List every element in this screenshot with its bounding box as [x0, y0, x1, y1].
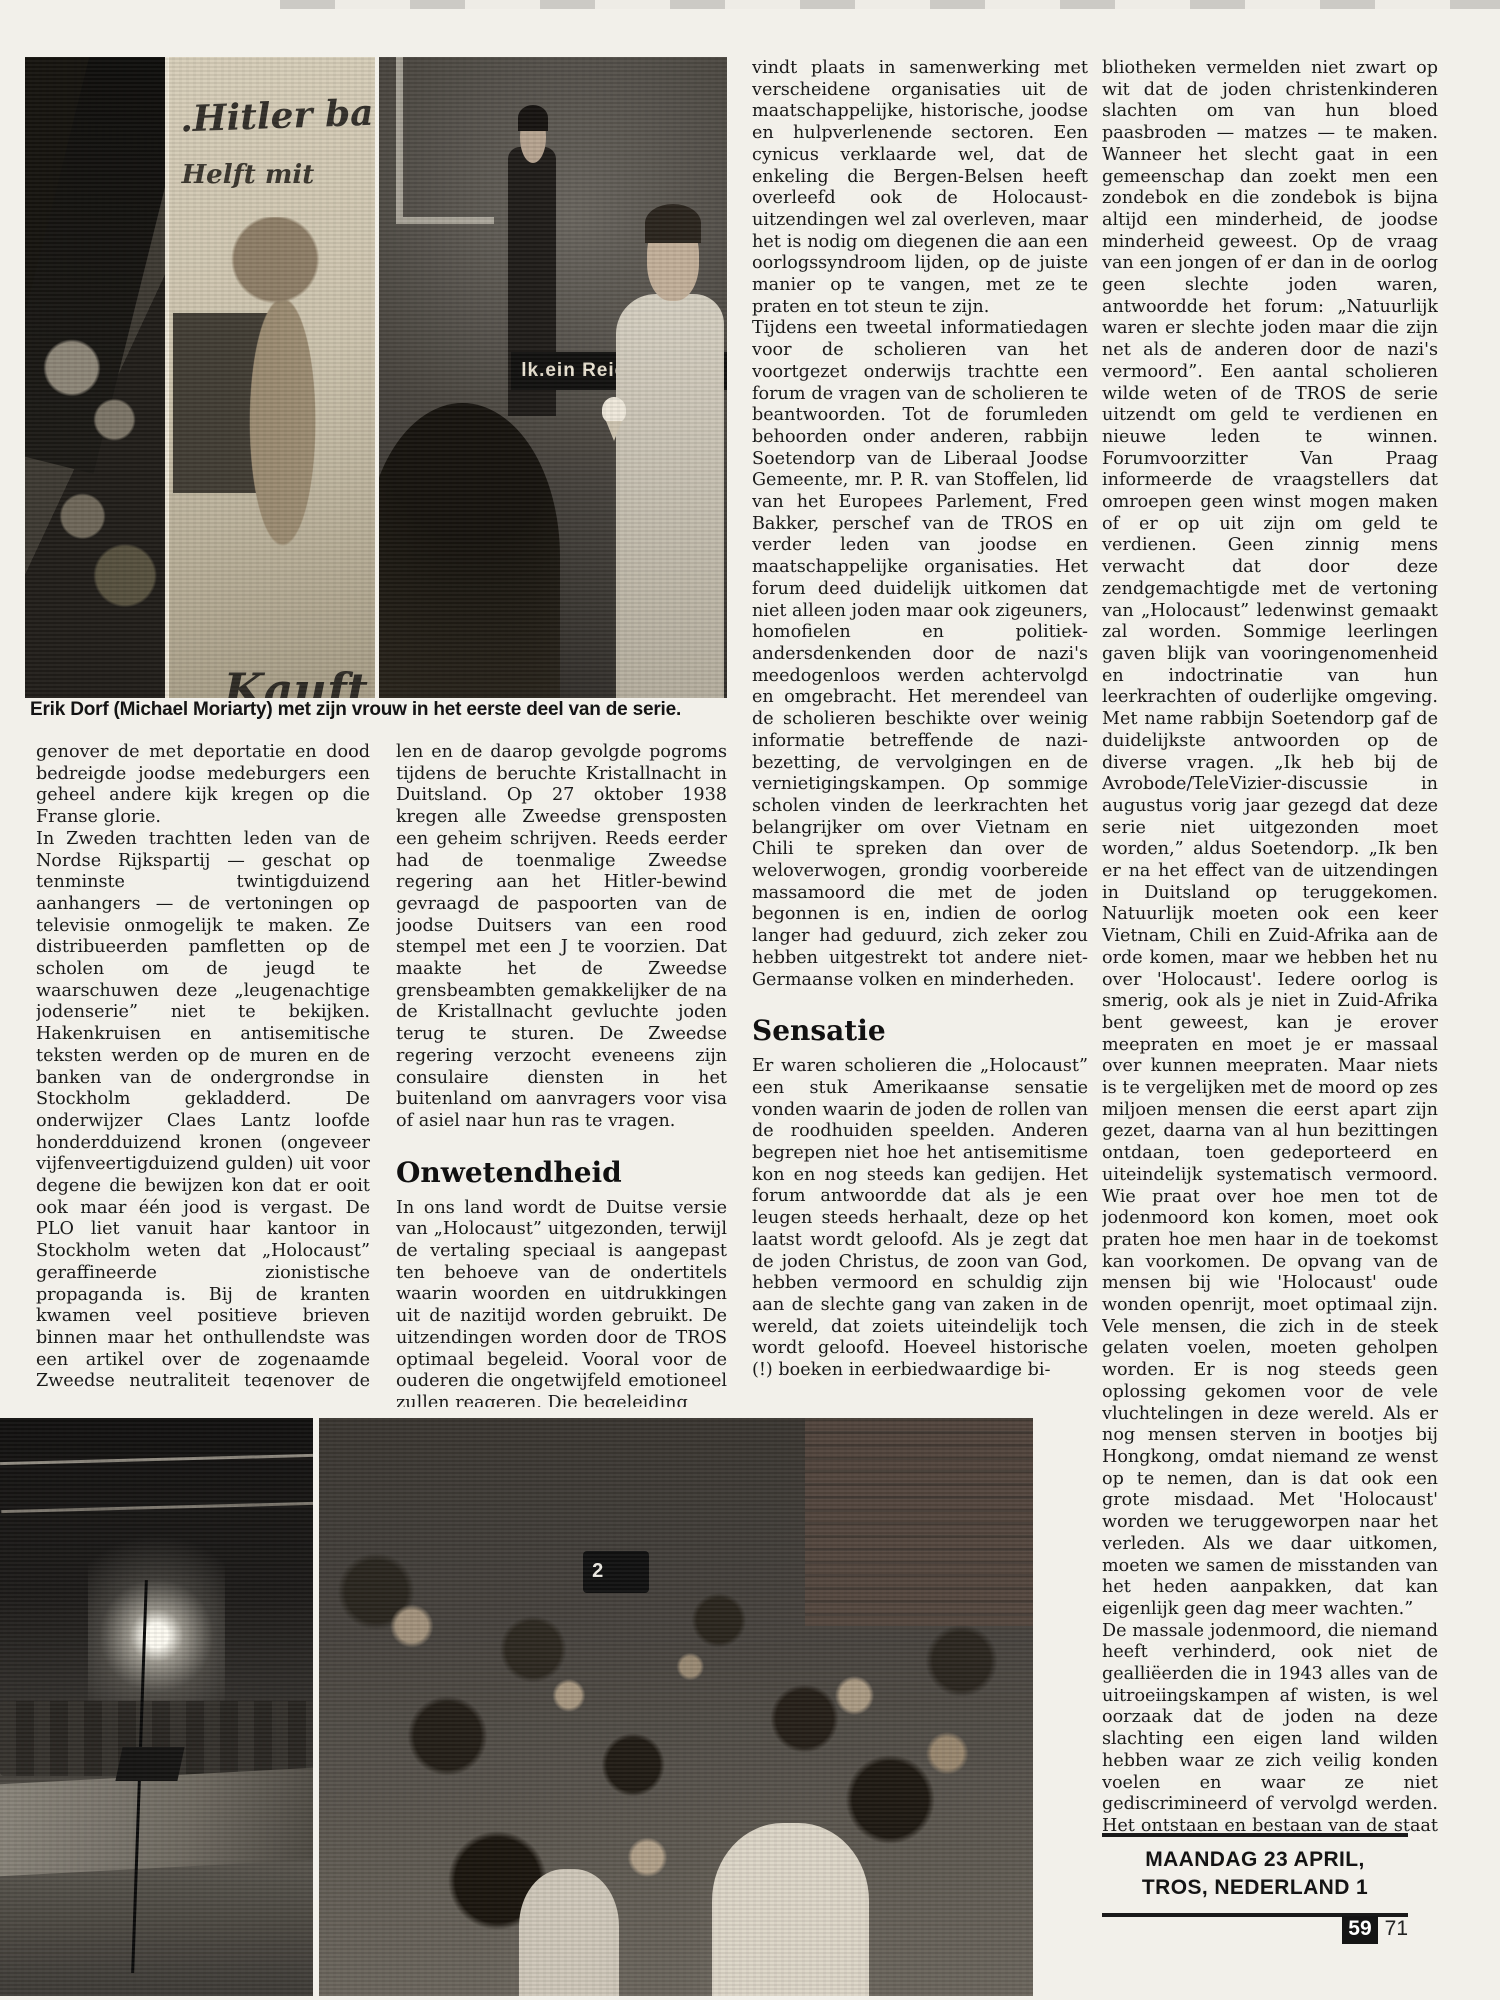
photo-audience-crowd: 2 — [319, 1418, 1033, 1996]
body-paragraph: De massale jodenmoord, die niemand heeft… — [1102, 1621, 1438, 1838]
photo-caption: Erik Dorf (Michael Moriarty) met zijn vr… — [30, 699, 745, 721]
light-shirt-figure — [519, 1869, 619, 1996]
camera-channel-label: 2 — [592, 1560, 603, 1583]
page-number: 5971 — [1102, 1916, 1408, 1944]
body-paragraph: Tijdens een tweetal informatiedagen voor… — [752, 318, 1088, 991]
erik-dorf-hair — [645, 204, 701, 242]
body-paragraph: In ons land wordt de Duitse versie van „… — [396, 1198, 727, 1407]
poster-headline-text: .Hitler baut auf — [179, 92, 375, 141]
bricklayer-figure — [228, 217, 333, 570]
section-heading-sensatie: Sensatie — [752, 1015, 1088, 1047]
photo-propaganda-posters: .Hitler baut auf Helft mit Kauft — [25, 57, 375, 698]
text-column-4: bliotheken vermelden niet zwart op wit d… — [1102, 58, 1438, 1838]
body-paragraph: bliotheken vermelden niet zwart op wit d… — [1102, 58, 1438, 1621]
photo-erik-dorf-scene: lk.ein Reich.ein Fü — [379, 57, 727, 698]
section-heading-onwetendheid: Onwetendheid — [396, 1157, 727, 1189]
text-column-3: vindt plaats in samenwerking met versche… — [752, 58, 1088, 1458]
body-paragraph: Er waren scholieren die „Holocaust” een … — [752, 1056, 1088, 1382]
ice-cream-cone — [602, 397, 626, 423]
page-number-plain: 71 — [1385, 1917, 1408, 1940]
poster-subline-text: Helft mit — [182, 160, 315, 190]
broadcast-channel: TROS, NEDERLAND 1 — [1102, 1874, 1408, 1902]
body-paragraph: vindt plaats in samenwerking met versche… — [752, 58, 1088, 318]
hitler-hair — [518, 105, 548, 131]
crowd-faces — [319, 1418, 1033, 1996]
broadcast-info-box: MAANDAG 23 APRIL, TROS, NEDERLAND 1 — [1102, 1833, 1408, 1917]
body-paragraph: len en de daarop gevolgde pogroms tijden… — [396, 742, 727, 1133]
body-paragraph: In Zweden trachtten leden van de Nordse … — [36, 829, 370, 1387]
poster-area: .Hitler baut auf Helft mit Kauft — [165, 57, 375, 698]
photo-auditorium-stage — [0, 1418, 313, 1996]
broadcast-date: MAANDAG 23 APRIL, — [1102, 1846, 1408, 1874]
crowd-figures — [32, 301, 165, 673]
poster-bottom-text: Kauft — [224, 663, 368, 698]
lectern-shape — [115, 1747, 184, 1781]
light-shirt-figure — [712, 1823, 869, 1996]
erik-dorf-figure — [616, 294, 724, 698]
text-column-1: genover de met deportatie en dood bedrei… — [36, 742, 370, 1387]
magazine-page: .Hitler baut auf Helft mit Kauft lk.ein … — [0, 0, 1500, 2000]
text-column-2: len en de daarop gevolgde pogroms tijden… — [396, 742, 727, 1407]
page-number-badge: 59 — [1342, 1916, 1377, 1944]
scan-edge-artifact — [280, 0, 1500, 9]
window-frame-shape — [396, 57, 493, 224]
lighting-truss — [0, 1454, 313, 1465]
body-paragraph: genover de met deportatie en dood bedrei… — [36, 742, 370, 829]
stage-front — [0, 1768, 313, 1877]
tv-camera: 2 — [583, 1551, 649, 1593]
woman-silhouette — [379, 403, 560, 698]
